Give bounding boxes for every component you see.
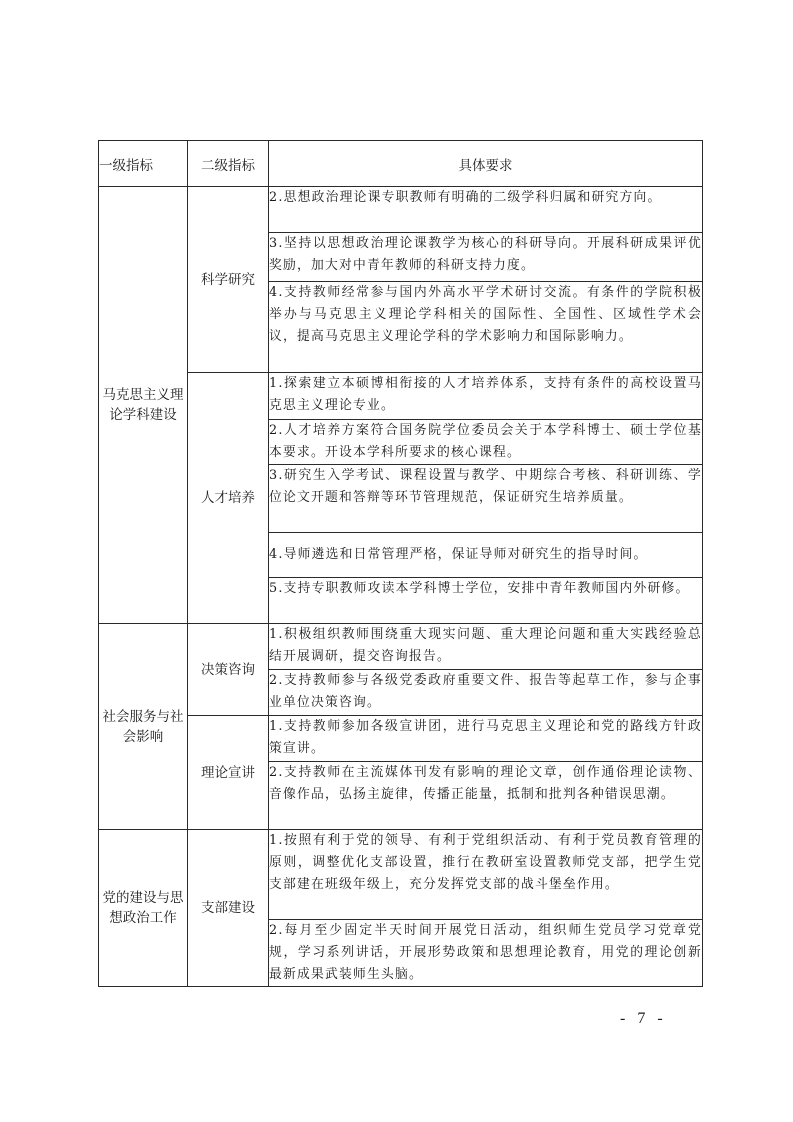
requirement-cell: 1.探索建立本硕博相衔接的人才培养体系，支持有条件的高校设置马克思主义理论专业。: [269, 373, 703, 420]
requirement-cell: 4.支持教师经常参与国内外高水平学术研讨交流。有条件的学院积极举办与马克思主义理…: [269, 282, 703, 373]
table-row: 马克思主义理论学科建设 科学研究 2.思想政治理论课专职教师有明确的二级学科归属…: [99, 187, 703, 233]
header-level1: 一级指标: [99, 141, 188, 187]
level1-cell: 马克思主义理论学科建设: [99, 187, 188, 624]
requirement-cell: 2.人才培养方案符合国务院学位委员会关于本学科博士、硕士学位基本要求。开设本学科…: [269, 420, 703, 465]
requirement-cell: 1.积极组织教师围绕重大现实问题、重大理论问题和重大实践经验总结开展调研，提交咨…: [269, 624, 703, 670]
table-row: 理论宣讲 1.支持教师参加各级宣讲团，进行马克思主义理论和党的路线方针政策宣讲。: [99, 716, 703, 762]
requirement-cell: 1.按照有利于党的领导、有利于党组织活动、有利于党员教育管理的原则，调整优化支部…: [269, 830, 703, 920]
page-number: - 7 -: [620, 1010, 667, 1028]
level1-cell: 社会服务与社会影响: [99, 624, 188, 830]
level2-cell: 理论宣讲: [188, 716, 269, 830]
table-row: 社会服务与社会影响 决策咨询 1.积极组织教师围绕重大现实问题、重大理论问题和重…: [99, 624, 703, 670]
table-row: 人才培养 1.探索建立本硕博相衔接的人才培养体系，支持有条件的高校设置马克思主义…: [99, 373, 703, 420]
requirement-cell: 3.坚持以思想政治理论课教学为核心的科研导向。开展科研成果评优奖励，加大对中青年…: [269, 233, 703, 282]
requirement-cell: 3.研究生入学考试、课程设置与教学、中期综合考核、科研训练、学位论文开题和答辩等…: [269, 465, 703, 533]
requirement-cell: 2.思想政治理论课专职教师有明确的二级学科归属和研究方向。: [269, 187, 703, 233]
level2-cell: 人才培养: [188, 373, 269, 624]
table-row: 党的建设与思想政治工作 支部建设 1.按照有利于党的领导、有利于党组织活动、有利…: [99, 830, 703, 920]
level2-cell: 决策咨询: [188, 624, 269, 716]
requirement-cell: 2.支持教师参与各级党委政府重要文件、报告等起草工作，参与企事业单位决策咨询。: [269, 670, 703, 716]
requirement-cell: 4.导师遴选和日常管理严格，保证导师对研究生的指导时间。: [269, 533, 703, 578]
table-header-row: 一级指标 二级指标 具体要求: [99, 141, 703, 187]
header-level2: 二级指标: [188, 141, 269, 187]
requirement-cell: 2.支持教师在主流媒体刊发有影响的理论文章，创作通俗理论读物、音像作品，弘扬主旋…: [269, 762, 703, 830]
level1-cell: 党的建设与思想政治工作: [99, 830, 188, 987]
level2-cell: 支部建设: [188, 830, 269, 987]
requirement-cell: 2.每月至少固定半天时间开展党日活动，组织师生党员学习党章党规，学习系列讲话，开…: [269, 920, 703, 987]
header-requirements: 具体要求: [269, 141, 703, 187]
requirement-cell: 1.支持教师参加各级宣讲团，进行马克思主义理论和党的路线方针政策宣讲。: [269, 716, 703, 762]
requirement-cell: 5.支持专职教师攻读本学科博士学位，安排中青年教师国内外研修。: [269, 578, 703, 624]
level2-cell: 科学研究: [188, 187, 269, 373]
indicator-table: 一级指标 二级指标 具体要求 马克思主义理论学科建设 科学研究 2.思想政治理论…: [98, 140, 703, 987]
